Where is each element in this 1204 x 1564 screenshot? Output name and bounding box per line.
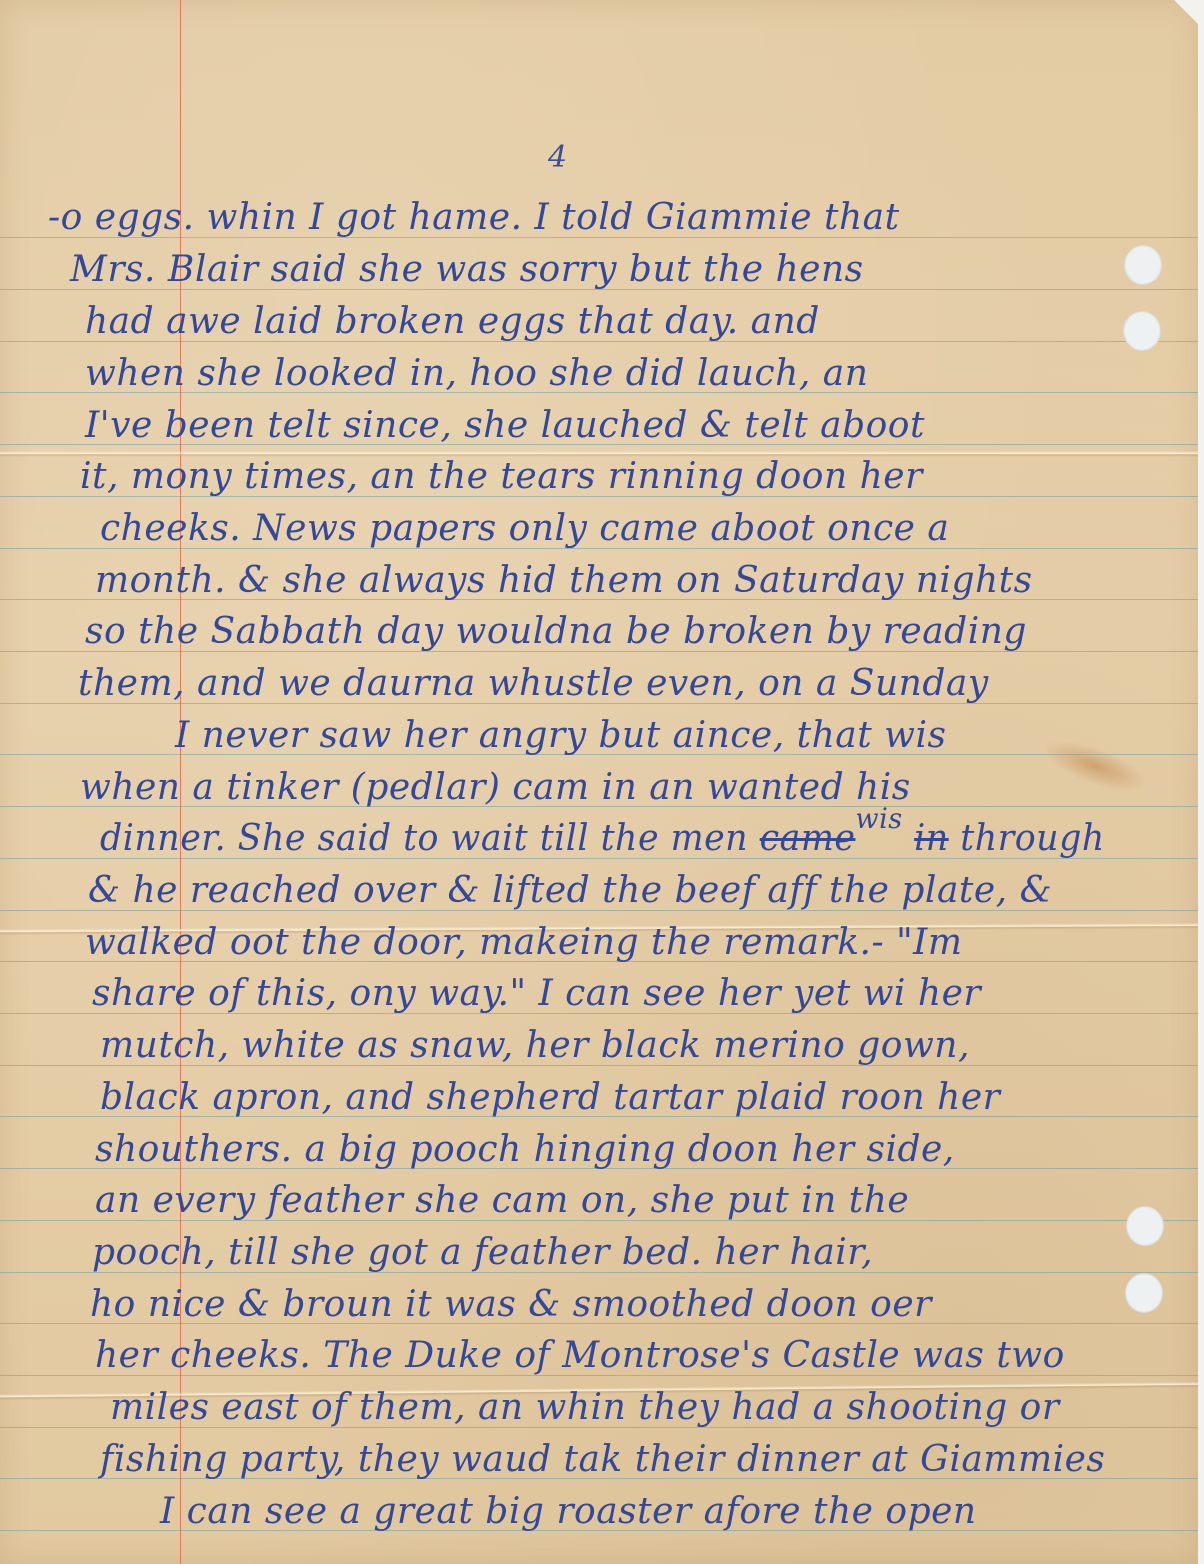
handwritten-line: I've been telt since, she lauched & telt… — [85, 404, 925, 448]
handwritten-line: fishing party, they waud tak their dinne… — [100, 1438, 1105, 1482]
punch-hole — [1124, 245, 1162, 285]
handwritten-line: share of this, ony way." I can see her y… — [92, 972, 981, 1016]
handwritten-line: so the Sabbath day wouldna be broken by … — [85, 610, 1027, 654]
handwritten-line: pooch, till she got a feather bed. her h… — [92, 1231, 873, 1275]
inserted-word: wis — [855, 802, 902, 835]
handwritten-line: when she looked in, hoo she did lauch, a… — [85, 352, 868, 396]
handwritten-line: had awe laid broken eggs that day. and — [85, 300, 820, 344]
handwritten-line: ho nice & broun it was & smoothed doon o… — [90, 1283, 932, 1327]
handwritten-line: I can see a great big roaster afore the … — [160, 1490, 977, 1534]
handwritten-line: black apron, and shepherd tartar plaid r… — [100, 1076, 1000, 1120]
handwritten-line: shouthers. a big pooch hinging doon her … — [95, 1128, 955, 1172]
handwritten-line: when a tinker (pedlar) cam in an wanted … — [80, 766, 911, 810]
letter-page: 4 -o eggs. whin I got hame. I told Giamm… — [0, 0, 1198, 1564]
handwritten-line: an every feather she cam on, she put in … — [95, 1179, 909, 1223]
handwritten-line: month. & she always hid them on Saturday… — [95, 559, 1033, 603]
handwritten-line: Mrs. Blair said she was sorry but the he… — [70, 248, 864, 292]
punch-hole — [1126, 1206, 1164, 1246]
handwritten-line: & he reached over & lifted the beef aff … — [88, 869, 1052, 913]
punch-hole — [1123, 311, 1161, 351]
water-stain — [1037, 730, 1153, 801]
text-segment: through — [949, 818, 1105, 859]
handwritten-line: them, and we daurna whustle even, on a S… — [78, 662, 989, 706]
handwritten-line: walked oot the door, makeing the remark.… — [85, 921, 963, 965]
handwritten-line: mutch, white as snaw, her black merino g… — [100, 1024, 970, 1068]
handwritten-line: cheeks. News papers only came aboot once… — [100, 507, 949, 551]
text-segment: dinner. She said to wait till the men — [100, 818, 760, 859]
handwritten-line: I never saw her angry but aince, that wi… — [175, 714, 946, 758]
punch-hole — [1125, 1273, 1163, 1313]
struck-word: came — [760, 818, 856, 859]
page-number: 4 — [548, 140, 567, 175]
handwritten-line-with-corrections: dinner. She said to wait till the men ca… — [100, 817, 1105, 863]
struck-word: in — [914, 818, 949, 859]
handwritten-line: it, mony times, an the tears rinning doo… — [80, 455, 923, 499]
handwritten-line: miles east of them, an whin they had a s… — [110, 1386, 1060, 1430]
torn-corner — [1174, 0, 1198, 24]
handwritten-line: her cheeks. The Duke of Montrose's Castl… — [95, 1334, 1065, 1378]
handwritten-line: -o eggs. whin I got hame. I told Giammie… — [48, 196, 900, 240]
